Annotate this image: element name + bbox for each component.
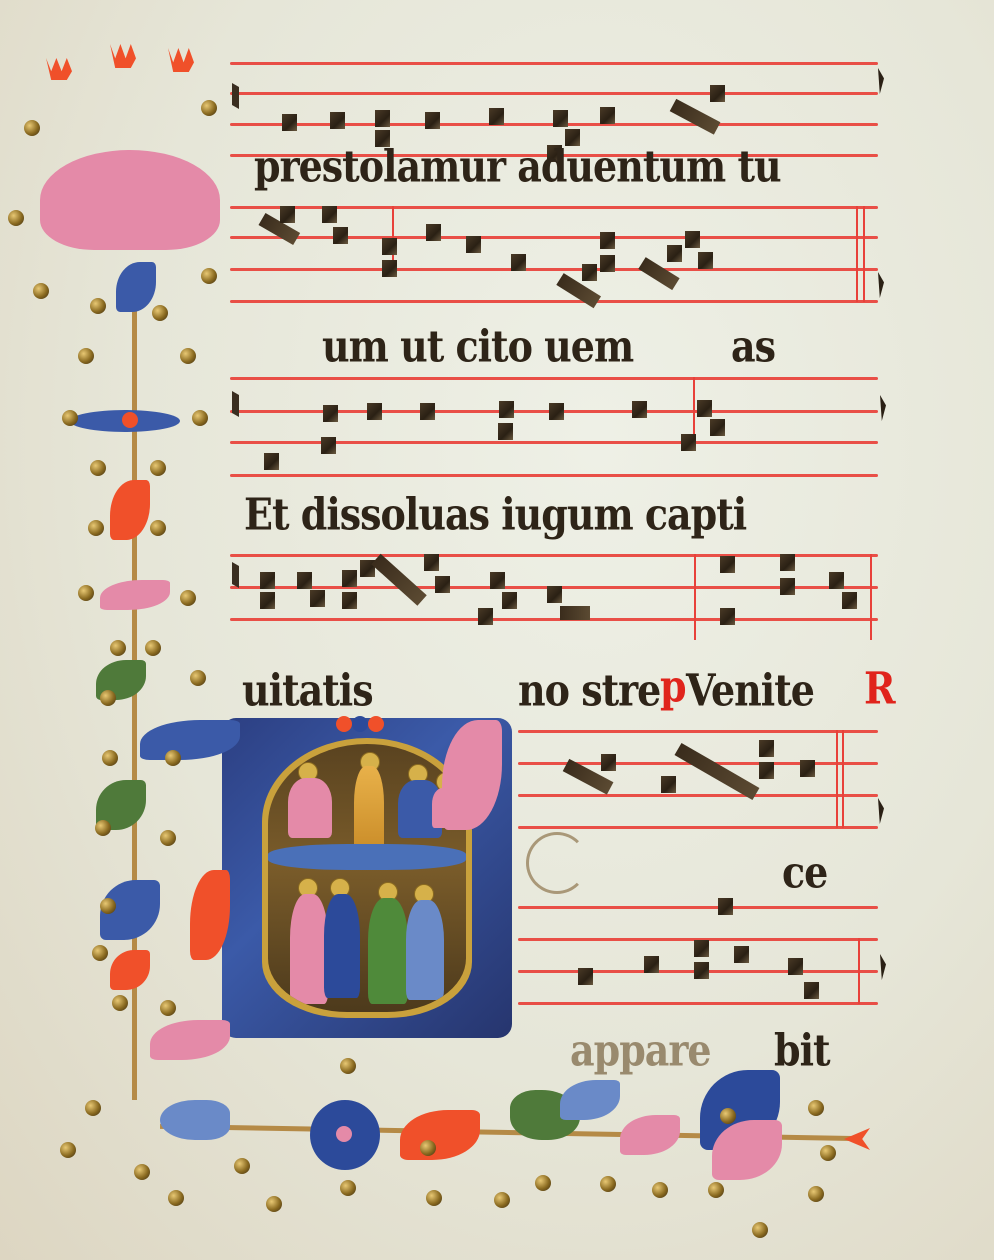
manuscript-page: prestolamur aduentum tu um ut cito uem a… bbox=[0, 0, 994, 1260]
staff-4 bbox=[230, 550, 878, 640]
text-line-1: prestolamur aduentum tu bbox=[254, 140, 781, 192]
custos bbox=[880, 395, 886, 421]
text-line-3: Et dissoluas iugum capti bbox=[244, 488, 746, 540]
text-line-6a: appare bbox=[570, 1024, 711, 1076]
rubric-r: R bbox=[864, 662, 895, 714]
staff-5 bbox=[518, 728, 878, 828]
clef bbox=[232, 391, 239, 417]
custos bbox=[878, 272, 884, 298]
decorated-initial-c bbox=[526, 832, 588, 894]
rubric-p: p bbox=[660, 660, 686, 712]
acanthus-crown bbox=[40, 150, 220, 250]
staff-1 bbox=[230, 30, 878, 130]
flower-icon bbox=[46, 58, 72, 80]
cloud bbox=[268, 844, 466, 870]
ascension-scene bbox=[262, 738, 472, 1018]
text-line-4d: Venite bbox=[686, 664, 814, 716]
text-line-4b: no stre bbox=[518, 664, 660, 716]
custos bbox=[878, 68, 884, 94]
staff-2 bbox=[230, 200, 878, 310]
text-line-4a: uitatis bbox=[242, 664, 373, 716]
clef bbox=[232, 83, 239, 109]
custos bbox=[880, 954, 886, 980]
flower-icon bbox=[844, 1128, 870, 1150]
flower-icon bbox=[168, 48, 194, 72]
clef bbox=[232, 562, 239, 588]
text-line-5: ce bbox=[782, 846, 827, 898]
text-line-6b: bit bbox=[774, 1024, 830, 1076]
flower-icon bbox=[110, 44, 136, 68]
custos bbox=[878, 798, 884, 824]
text-line-2: um ut cito uem as bbox=[322, 320, 775, 372]
staff-6 bbox=[518, 906, 878, 1006]
bird-left bbox=[160, 1100, 230, 1140]
staff-3 bbox=[230, 375, 878, 485]
